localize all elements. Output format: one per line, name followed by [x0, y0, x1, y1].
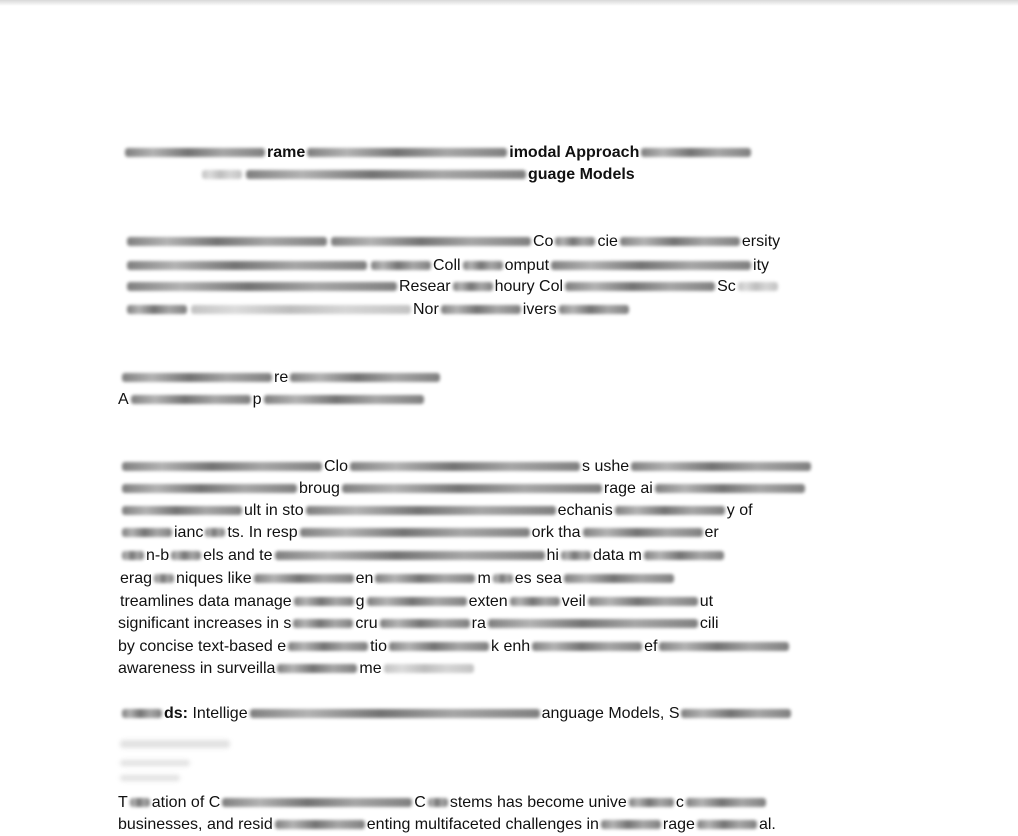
- abstract-line: by concise text-based etiok enhef: [118, 637, 791, 657]
- intro-fragment: businesses, and resid: [118, 816, 273, 833]
- affiliation-fragment: cie: [597, 233, 617, 250]
- intro-fragment: C: [414, 794, 426, 811]
- abstract-fragment: ianc: [174, 524, 203, 541]
- abstract-fragment: me: [359, 660, 381, 677]
- abstract-fragment: ork tha: [532, 524, 581, 541]
- intro-fragment: rage: [663, 816, 695, 833]
- abstract-line: brougrage ai: [120, 479, 807, 499]
- keywords-label: ds:: [164, 705, 188, 722]
- keywords-line: ds: Intelligeanguage Models, S: [120, 704, 793, 724]
- paper-title-line-2: guage Models: [200, 165, 635, 185]
- abstract-fragment: awareness in surveilla: [118, 660, 275, 677]
- faint-text: [120, 740, 230, 748]
- intro-fragment: al.: [759, 816, 776, 833]
- affiliation-fragment: omput: [505, 257, 549, 274]
- abstract-line: treamlines data managegextenveilut: [120, 592, 713, 612]
- abstract-fragment: cru: [355, 615, 377, 632]
- affiliation-fragment: houry Col: [495, 278, 563, 295]
- intro-line: businesses, and residenting multifaceted…: [118, 815, 776, 835]
- abstract-fragment: tio: [370, 638, 387, 655]
- abstract-line: awareness in surveillame: [118, 659, 476, 679]
- affiliation-line-1: Cocieersity: [125, 232, 780, 252]
- abstract-fragment: es sea: [515, 570, 562, 587]
- affiliation-line-3: Researhoury ColSc: [125, 277, 780, 297]
- keyword-fragment: anguage Models, S: [542, 705, 680, 722]
- abstract-fragment: n-b: [146, 547, 169, 564]
- abstract-line: n-bels and tehidata m: [120, 546, 726, 566]
- abstract-fragment: hi: [547, 547, 559, 564]
- abstract-fragment: erag: [120, 570, 152, 587]
- intro-fragment: T: [118, 794, 128, 811]
- abstract-fragment: treamlines data manage: [120, 593, 292, 610]
- abstract-fragment: en: [356, 570, 374, 587]
- abstract-fragment: cili: [700, 615, 719, 632]
- affiliation-fragment: Resear: [399, 278, 451, 295]
- title-fragment: guage Models: [528, 166, 635, 183]
- abstract-fragment: exten: [469, 593, 508, 610]
- abstract-fragment: significant increases in s: [118, 615, 291, 632]
- abstract-fragment: by concise text-based e: [118, 638, 286, 655]
- abstract-fragment: ef: [644, 638, 657, 655]
- abstract-fragment: ra: [472, 615, 486, 632]
- meta-fragment: re: [274, 369, 288, 386]
- affiliation-fragment: Co: [533, 233, 553, 250]
- abstract-line: ult in stoechanisy of: [120, 501, 753, 521]
- abstract-line: significant increases in scruracili: [118, 614, 719, 634]
- abstract-fragment: data m: [593, 547, 642, 564]
- abstract-fragment: veil: [562, 593, 586, 610]
- title-fragment: rame: [267, 144, 305, 161]
- affiliation-line-2: Collomputity: [125, 256, 769, 276]
- abstract-fragment: k enh: [491, 638, 530, 655]
- abstract-fragment: broug: [299, 480, 340, 497]
- abstract-fragment: ut: [700, 593, 713, 610]
- faint-text: [120, 775, 180, 781]
- affiliation-fragment: ersity: [742, 233, 780, 250]
- abstract-line: iancts. In respork thaer: [120, 523, 719, 543]
- meta-fragment: A: [118, 391, 129, 408]
- faint-text: [120, 760, 190, 766]
- paper-title-line-1: rameimodal Approach: [123, 143, 753, 163]
- meta-line-2: Ap: [118, 390, 426, 410]
- abstract-fragment: niques like: [176, 570, 252, 587]
- keyword-fragment: Intellige: [192, 705, 247, 722]
- abstract-fragment: g: [356, 593, 365, 610]
- window-top-edge: [0, 0, 1018, 6]
- affiliation-line-4: Norivers: [125, 300, 631, 320]
- title-fragment: imodal Approach: [509, 144, 639, 161]
- abstract-fragment: rage ai: [604, 480, 653, 497]
- affiliation-fragment: ivers: [523, 301, 557, 318]
- meta-line-1: re: [120, 368, 442, 388]
- abstract-fragment: els and te: [203, 547, 272, 564]
- abstract-fragment: ult in sto: [244, 502, 304, 519]
- abstract-fragment: echanis: [558, 502, 613, 519]
- affiliation-fragment: Nor: [413, 301, 439, 318]
- affiliation-fragment: Sc: [717, 278, 736, 295]
- abstract-fragment: y of: [727, 502, 753, 519]
- meta-fragment: p: [253, 391, 262, 408]
- intro-line: Tation of CCstems has become univec: [118, 793, 768, 813]
- abstract-fragment: s ushe: [582, 458, 629, 475]
- abstract-fragment: Clo: [324, 458, 348, 475]
- intro-fragment: c: [676, 794, 684, 811]
- abstract-line: eragniques likeenmes sea: [120, 569, 676, 589]
- intro-fragment: stems has become unive: [450, 794, 627, 811]
- abstract-fragment: ts. In resp: [227, 524, 297, 541]
- intro-fragment: ation of C: [152, 794, 220, 811]
- affiliation-fragment: Coll: [433, 257, 461, 274]
- abstract-line: Clos ushe: [120, 457, 813, 477]
- intro-fragment: enting multifaceted challenges in: [367, 816, 599, 833]
- abstract-fragment: m: [477, 570, 490, 587]
- abstract-fragment: er: [705, 524, 719, 541]
- affiliation-fragment: ity: [753, 257, 769, 274]
